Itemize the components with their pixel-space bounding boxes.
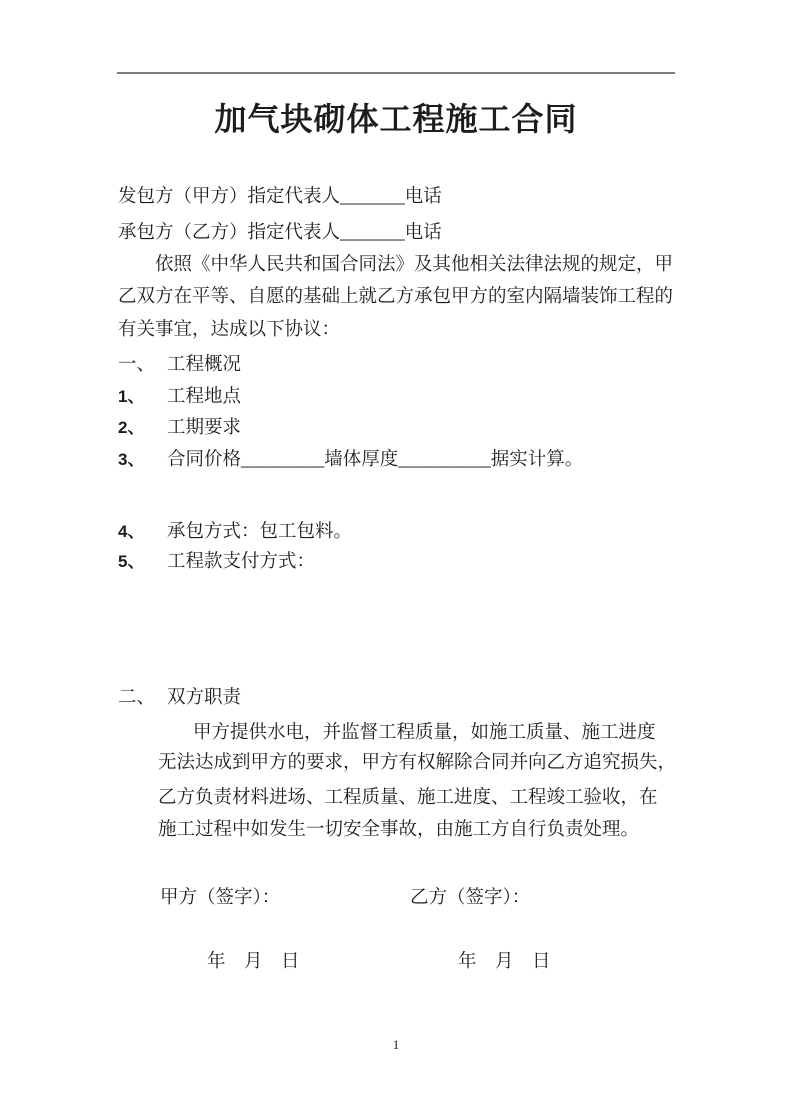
section-2-body-line: 无法达成到甲方的要求，甲方有权解除合同并向乙方追究损失， xyxy=(158,750,676,776)
party-a-line: 发包方（甲方）指定代表人_______电话 xyxy=(118,184,442,210)
page-number: 1 xyxy=(0,1036,792,1054)
item-text: 工期要求 xyxy=(167,418,241,438)
party-b-line: 承包方（乙方）指定代表人_______电话 xyxy=(118,220,442,246)
contract-page: 加气块砌体工程施工合同 发包方（甲方）指定代表人_______电话 承包方（乙方… xyxy=(0,0,792,1120)
item-number: 5、 xyxy=(118,549,167,575)
date-line-party-b: 年 月 日 xyxy=(458,949,551,975)
item-text: 合同价格_________墙体厚度__________据实计算。 xyxy=(167,450,583,470)
section-2-number: 二、 xyxy=(118,685,167,711)
section-2-heading-text: 双方职责 xyxy=(167,688,241,708)
date-line-party-a: 年 月 日 xyxy=(207,949,300,975)
signature-label-party-a: 甲方（签字）： xyxy=(160,885,280,911)
list-item: 1、工程地点 xyxy=(118,384,241,410)
section-1-number: 一、 xyxy=(118,352,167,378)
header-rule xyxy=(117,72,675,74)
preamble-line: 乙双方在平等、自愿的基础上就乙方承包甲方的室内隔墙装饰工程的 xyxy=(118,284,673,310)
item-number: 1、 xyxy=(118,384,167,410)
document-title: 加气块砌体工程施工合同 xyxy=(0,94,792,140)
list-item: 4、承包方式：包工包料。 xyxy=(118,519,352,545)
item-number: 4、 xyxy=(118,519,167,545)
item-text: 工程地点 xyxy=(167,387,241,407)
list-item: 2、工期要求 xyxy=(118,415,241,441)
section-2-body-line: 施工过程中如发生一切安全事故，由施工方自行负责处理。 xyxy=(158,817,639,843)
section-1-heading: 一、工程概况 xyxy=(118,352,241,378)
signature-row: 甲方（签字）： 乙方（签字）： xyxy=(118,885,674,911)
preamble-line: 有关事宜，达成以下协议： xyxy=(118,317,340,343)
list-item: 3、合同价格_________墙体厚度__________据实计算。 xyxy=(118,447,583,473)
section-2-body-line: 乙方负责材料进场、工程质量、施工进度、工程竣工验收，在 xyxy=(158,785,658,811)
item-number: 3、 xyxy=(118,447,167,473)
preamble-line: 依照《中华人民共和国合同法》及其他相关法律法规的规定，甲 xyxy=(118,252,673,278)
signature-label-party-b: 乙方（签字）： xyxy=(410,885,530,911)
section-1-heading-text: 工程概况 xyxy=(167,355,241,375)
list-item: 5、工程款支付方式： xyxy=(118,549,315,575)
item-number: 2、 xyxy=(118,415,167,441)
item-text: 承包方式：包工包料。 xyxy=(167,522,352,542)
section-2-body-line: 甲方提供水电，并监督工程质量，如施工质量、施工进度 xyxy=(158,720,656,746)
date-row: 年 月 日 年 月 日 xyxy=(118,949,674,975)
item-text: 工程款支付方式： xyxy=(167,552,315,572)
section-2-heading: 二、双方职责 xyxy=(118,685,241,711)
